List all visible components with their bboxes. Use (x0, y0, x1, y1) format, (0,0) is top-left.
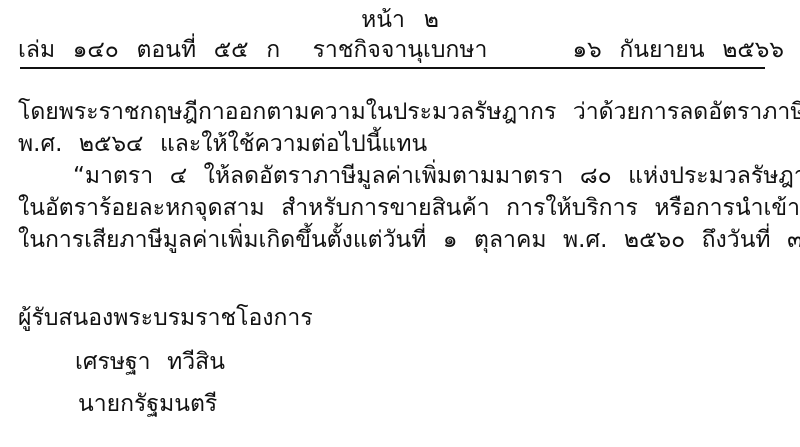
signer-name: เศรษฐา ทวีสิน (75, 346, 225, 378)
paragraph2-line3: ในการเสียภาษีมูลค่าเพิ่มเกิดขึ้นตั้งแต่ว… (18, 224, 782, 256)
issue-date-label: ๑๖ กันยายน ๒๕๖๖ (572, 34, 784, 66)
paragraph2-line1: “มาตรา ๔ ให้ลดอัตราภาษีมูลค่าเพิ่มตามมาต… (18, 160, 782, 192)
gazette-document-page: หน้า ๒ เล่ม ๑๔๐ ตอนที่ ๕๕ ก ราชกิจจานุเบ… (0, 0, 800, 447)
countersignature-block: ผู้รับสนองพระบรมราชโองการ เศรษฐา ทวีสิน … (18, 302, 313, 334)
masthead: เล่ม ๑๔๐ ตอนที่ ๕๕ ก ราชกิจจานุเบกษา ๑๖ … (0, 34, 800, 66)
header-divider-rule (20, 67, 765, 69)
document-body: โดยพระราชกฤษฎีกาออกตามความในประมวลรัษฎาก… (18, 96, 782, 256)
page-number-label: หน้า ๒ (0, 4, 800, 36)
paragraph2-line2: ในอัตราร้อยละหกจุดสาม สำหรับการขายสินค้า… (18, 192, 782, 224)
countersign-label: ผู้รับสนองพระบรมราชโองการ (18, 302, 313, 334)
paragraph1-line1: โดยพระราชกฤษฎีกาออกตามความในประมวลรัษฎาก… (18, 96, 782, 128)
paragraph1-line2: พ.ศ. ๒๕๖๔ และให้ใช้ความต่อไปนี้แทน (18, 128, 782, 160)
signer-title: นายกรัฐมนตรี (78, 388, 217, 420)
